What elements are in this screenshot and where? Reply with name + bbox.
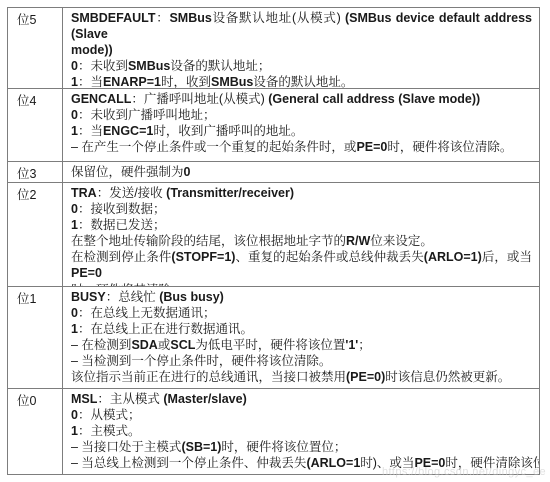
description-line: MSL：主从模式 (Master/slave) — [71, 391, 539, 407]
description-line: BUSY：总线忙 (Bus busy) — [71, 289, 532, 305]
table-row: 位4GENCALL：广播呼叫地址(从模式) (General call addr… — [8, 89, 539, 162]
bit-label: 位3 — [8, 162, 63, 182]
description-line: 1：当ENGC=1时，收到广播呼叫的地址。 — [71, 123, 532, 139]
bit-label: 位2 — [8, 183, 63, 286]
bit-label: 位1 — [8, 287, 63, 388]
table-row: 位0MSL：主从模式 (Master/slave)0：从模式；1：主模式。– 当… — [8, 389, 539, 474]
description-line: 在整个地址传输阶段的结尾，该位根据地址字节的R/W位来设定。 — [71, 233, 532, 249]
description-line: – 在产生一个停止条件或一个重复的起始条件时，或PE=0时，硬件将该位清除。 — [71, 139, 532, 155]
bit-description: TRA：发送/接收 (Transmitter/receiver)0：接收到数据；… — [63, 183, 539, 286]
description-line: TRA：发送/接收 (Transmitter/receiver) — [71, 185, 532, 201]
bit-label: 位5 — [8, 8, 63, 88]
description-line: GENCALL：广播呼叫地址(从模式) (General call addres… — [71, 91, 532, 107]
description-line: 0：在总线上无数据通讯； — [71, 305, 532, 321]
description-line: 0：接收到数据； — [71, 201, 532, 217]
description-line: 0：未收到广播呼叫地址； — [71, 107, 532, 123]
table-row: 位3保留位，硬件强制为0 — [8, 162, 539, 183]
bit-description: 保留位，硬件强制为0 — [63, 162, 539, 182]
register-bit-table: 位5SMBDEFAULT：SMBus设备默认地址(从模式) (SMBus dev… — [7, 7, 540, 475]
description-line: 1：数据已发送； — [71, 217, 532, 233]
description-line: – 当检测到一个停止条件时，硬件将该位清除。 — [71, 353, 532, 369]
bit-description: BUSY：总线忙 (Bus busy)0：在总线上无数据通讯；1：在总线上正在进… — [63, 287, 539, 388]
table-row: 位1BUSY：总线忙 (Bus busy)0：在总线上无数据通讯；1：在总线上正… — [8, 287, 539, 389]
description-line: 1：在总线上正在进行数据通讯。 — [71, 321, 532, 337]
bit-label: 位4 — [8, 89, 63, 161]
description-line: – 当接口处于主模式(SB=1)时，硬件将该位置位； — [71, 439, 539, 455]
description-line: 保留位，硬件强制为0 — [71, 164, 532, 180]
description-line: 1：主模式。 — [71, 423, 539, 439]
bit-label: 位0 — [8, 389, 63, 474]
table-row: 位5SMBDEFAULT：SMBus设备默认地址(从模式) (SMBus dev… — [8, 8, 539, 89]
description-line: 1：当ENARP=1时，收到SMBus设备的默认地址。 — [71, 74, 532, 89]
description-line: mode)) — [71, 42, 532, 58]
description-line: – 当总线上检测到一个停止条件、仲裁丢失(ARLO=1时)、或当PE=0时，硬件… — [71, 455, 539, 471]
description-line: 该位指示当前正在进行的总线通讯，当接口被禁用(PE=0)时该信息仍然被更新。 — [71, 369, 532, 385]
description-line: 0：从模式； — [71, 407, 539, 423]
bit-description: SMBDEFAULT：SMBus设备默认地址(从模式) (SMBus devic… — [63, 8, 539, 88]
bit-description: GENCALL：广播呼叫地址(从模式) (General call addres… — [63, 89, 539, 161]
description-line: 在检测到停止条件(STOPF=1)、重复的起始条件或总线仲裁丢失(ARLO=1)… — [71, 249, 532, 281]
description-line: – 在检测到SDA或SCL为低电平时，硬件将该位置'1'； — [71, 337, 532, 353]
table-row: 位2TRA：发送/接收 (Transmitter/receiver)0：接收到数… — [8, 183, 539, 287]
description-line: 0：未收到SMBus设备的默认地址； — [71, 58, 532, 74]
bit-description: MSL：主从模式 (Master/slave)0：从模式；1：主模式。– 当接口… — [63, 389, 539, 474]
description-line: SMBDEFAULT：SMBus设备默认地址(从模式) (SMBus devic… — [71, 10, 532, 42]
